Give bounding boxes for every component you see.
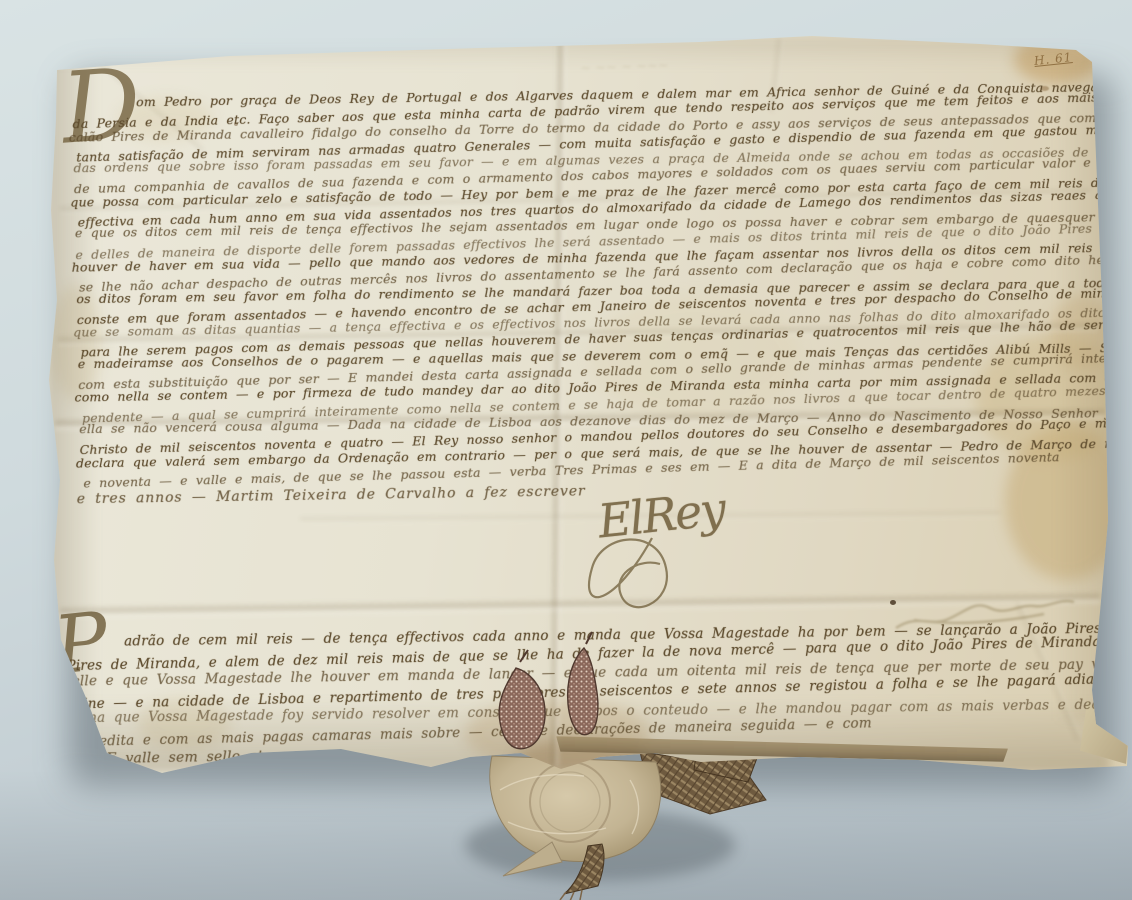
ribbon-tuft-right xyxy=(568,648,598,735)
photo-backdrop: ~ ~~ ~ ~~~ H. 61 D om Pedro por graça de… xyxy=(0,0,1132,900)
ribbon-tuft-left xyxy=(499,668,545,749)
faint-signature xyxy=(896,601,1074,628)
ribbon-slit-left xyxy=(520,650,528,662)
signature-flourish xyxy=(589,538,667,607)
ribbon-slit-right xyxy=(586,632,592,644)
